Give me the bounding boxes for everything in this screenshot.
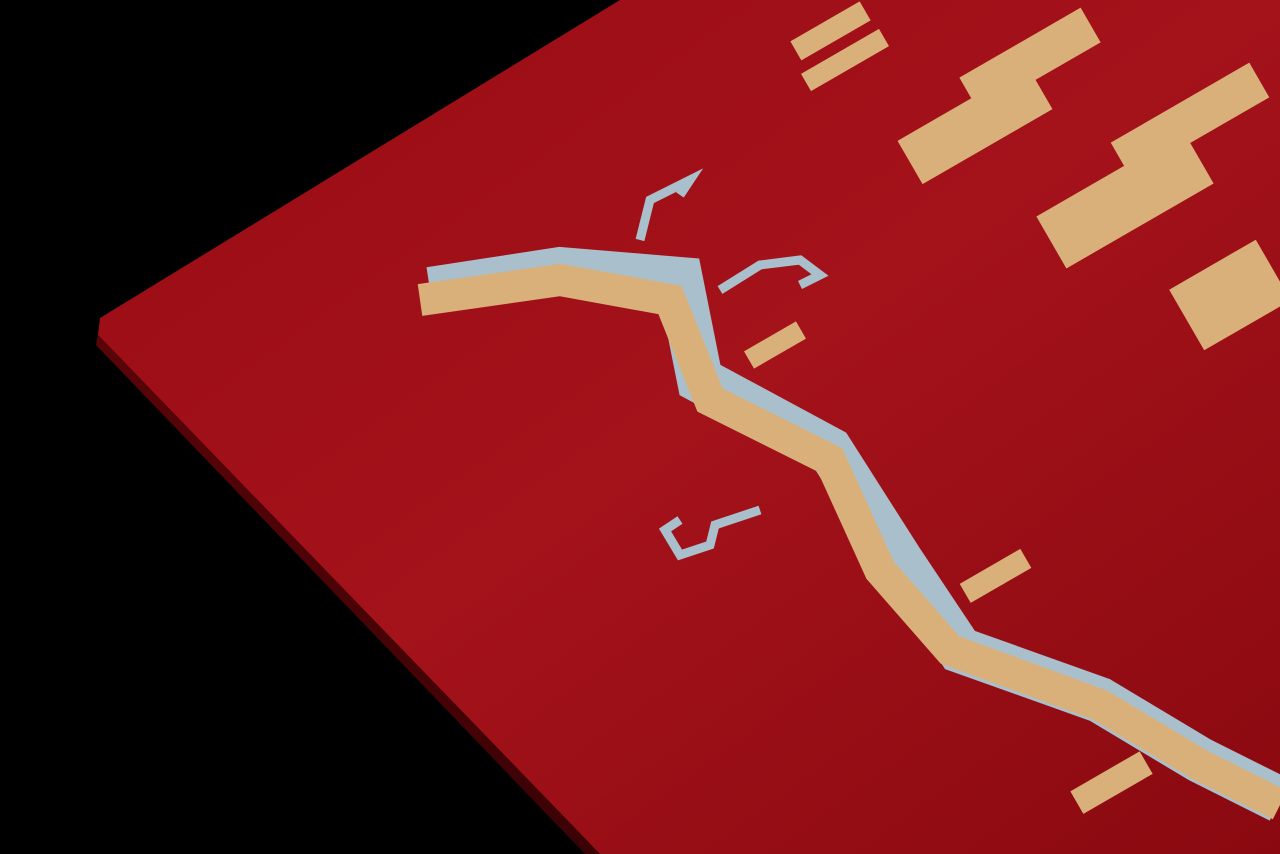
book-cover-illustration (0, 0, 1280, 854)
book-photo (0, 0, 1280, 854)
